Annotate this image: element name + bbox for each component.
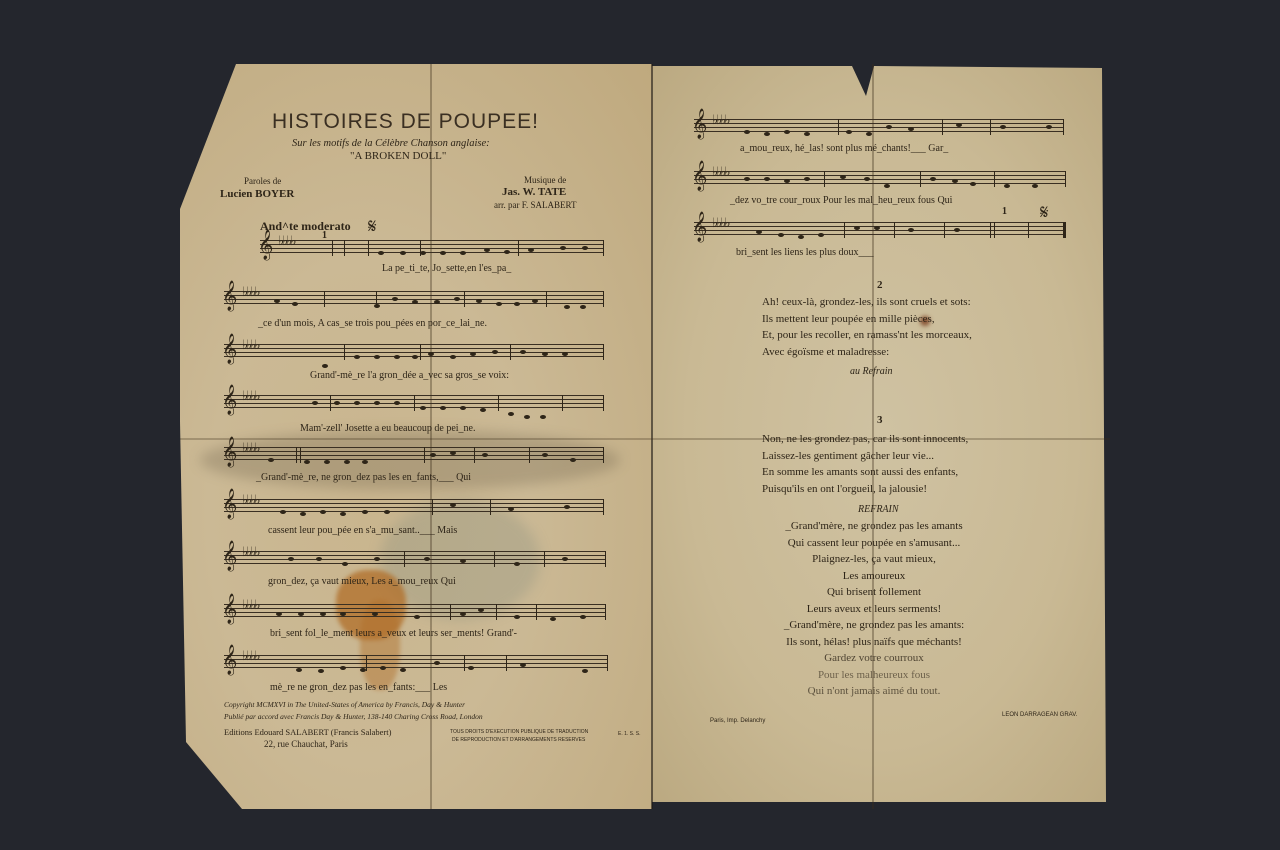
staff-12: 𝄞 ♭♭♭♭ [694,222,1066,238]
verse-number: 2 [877,279,883,291]
refrain-line: _Grand'mère, ne grondez pas les amants [752,518,996,535]
key-signature-flats-icon: ♭♭♭♭ [242,441,259,456]
composer-name: Jas. W. TATE [502,186,566,198]
song-subtitle: Sur les motifs de la Célèbre Chanson ang… [292,138,490,149]
staff-4: 𝄞 ♭♭♭♭ [224,395,604,411]
treble-clef-icon: 𝄞 [222,283,237,309]
staff-5: 𝄞 ♭♭♭♭ [224,447,604,463]
refrain-line: Ils sont, hélas! plus naïfs que méchants… [752,634,996,651]
printer-credit: Paris, Imp. Delanchy [710,718,765,724]
key-signature-flats-icon: ♭♭♭♭ [242,545,259,560]
staff-9: 𝄞 ♭♭♭♭ [224,655,608,671]
refrain-line: Qui cassent leur poupée en s'amusant... [752,535,996,552]
refrain-instruction: au Refrain [850,366,893,377]
lyric-line: gron_dez, ça vaut mieux, Les a_mou_reux … [268,576,456,587]
staff-10: 𝄞 ♭♭♭♭ [694,119,1064,135]
key-signature-flats-icon: ♭♭♭♭ [242,285,259,300]
staff-8: 𝄞 ♭♭♭♭ [224,604,606,620]
arranger-name: arr. par F. SALABERT [494,200,576,210]
treble-clef-icon: 𝄞 [222,543,237,569]
copyright-line: Publié par accord avec Francis Day & Hun… [224,712,483,721]
lyric-line: cassent leur pou_pée en s'a_mu_sant..___… [268,525,457,536]
refrain-line: Gardez votre courroux [752,650,996,667]
staff-11: 𝄞 ♭♭♭♭ [694,171,1066,187]
composer-label: Musique de [524,175,566,185]
lyric-line: bri_sent fol_le_ment leurs a_veux et leu… [270,628,517,639]
refrain-line: Qui n'ont jamais aimé du tout. [752,683,996,700]
center-fold [651,64,653,809]
lyric-line: _Grand'-mè_re, ne gron_dez pas les en_fa… [256,472,471,483]
treble-clef-icon: 𝄞 [222,387,237,413]
verse-line: Et, pour les recoller, en ramass'nt les … [762,327,972,344]
verse-2: Ah! ceux-là, grondez-les, ils sont cruel… [762,294,972,360]
key-signature-flats-icon: ♭♭♭♭ [712,165,729,180]
verse-line: Non, ne les grondez pas, car ils sont in… [762,431,968,448]
tempo-marking: And^te moderato [260,219,351,234]
staff-2: 𝄞 ♭♭♭♭ [224,291,604,307]
key-signature-flats-icon: ♭♭♭♭ [242,493,259,508]
key-signature-flats-icon: ♭♭♭♭ [242,649,259,664]
lyric-line: bri_sent les liens les plus doux___ [736,247,874,258]
treble-clef-icon: 𝄞 [258,232,273,258]
refrain-line: Pour les malheureux fous [752,667,996,684]
song-title: HISTOIRES DE POUPEE! [272,110,539,134]
lyric-line: mè_re ne gron_dez pas les en_fants:___ L… [270,682,447,693]
catalog-number: E. 1. S. S. [618,731,641,737]
verse-line: Puisqu'ils en ont l'orgueil, la jalousie… [762,481,968,498]
verse-3: Non, ne les grondez pas, car ils sont in… [762,431,968,497]
staff-7: 𝄞 ♭♭♭♭ [224,551,606,567]
rights-notice: TOUS DROITS D'EXECUTION PUBLIQUE DE TRAD… [450,729,588,735]
sheet-music-photo: HISTOIRES DE POUPEE! Sur les motifs de l… [0,0,1280,850]
treble-clef-icon: 𝄞 [222,439,237,465]
treble-clef-icon: 𝄞 [222,596,237,622]
lyric-line: _ce d'un mois, A cas_se trois pou_pées e… [258,318,487,329]
treble-clef-icon: 𝄞 [692,214,707,240]
lyricist-label: Paroles de [244,176,281,186]
refrain-line: Qui brisent follement [752,584,996,601]
key-signature-flats-icon: ♭♭♭♭ [712,113,729,128]
copyright-line: Copyright MCMXVI in The United-States of… [224,700,465,709]
refrain-line: _Grand'mère, ne grondez pas les amants: [752,617,996,634]
refrain-line: Plaignez-les, ça vaut mieux, [752,551,996,568]
verse-line: Ah! ceux-là, grondez-les, ils sont cruel… [762,294,972,311]
refrain-line: Leurs aveux et leurs serments! [752,601,996,618]
lyric-line: Mam'-zell' Josette a eu beaucoup de pei_… [300,423,475,434]
verse-number: 3 [877,414,883,426]
key-signature-flats-icon: ♭♭♭♭ [242,338,259,353]
publisher-name: Editions Edouard SALABERT (Francis Salab… [224,727,391,737]
fold-line-left [430,64,432,809]
verse-line: En somme les amants sont aussi des enfan… [762,464,968,481]
rights-notice: DE REPRODUCTION ET D'ARRANGEMENTS RESERV… [452,737,585,743]
engraver-credit: LEON DARRAGEAN GRAV. [1002,712,1077,718]
key-signature-flats-icon: ♭♭♭♭ [278,234,295,249]
ending-number-right: 1 [1002,206,1007,217]
treble-clef-icon: 𝄞 [222,336,237,362]
verse-line: Ils mettent leur poupée en mille pièces, [762,311,972,328]
refrain-line: Les amoureux [752,568,996,585]
lyricist-name: Lucien BOYER [220,188,294,200]
staff-3: 𝄞 ♭♭♭♭ [224,344,604,360]
lyric-line: Grand'-mè_re l'a gron_dée a_vec sa gros_… [310,370,509,381]
treble-clef-icon: 𝄞 [222,491,237,517]
segno-icon: 𝄋 [368,214,377,238]
publisher-address: 22, rue Chauchat, Paris [264,739,348,749]
lyric-line: a_mou_reux, hé_las! sont plus mé_chants!… [740,143,948,154]
verse-line: Avec égoïsme et maladresse: [762,344,972,361]
refrain-text: _Grand'mère, ne grondez pas les amants Q… [752,518,996,700]
staff-6: 𝄞 ♭♭♭♭ [224,499,604,515]
lyric-line: La pe_ti_te, Jo_sette,en l'es_pa_ [382,263,511,274]
fold-line-horizontal [180,438,1110,440]
key-signature-flats-icon: ♭♭♭♭ [712,216,729,231]
treble-clef-icon: 𝄞 [692,111,707,137]
key-signature-flats-icon: ♭♭♭♭ [242,389,259,404]
treble-clef-icon: 𝄞 [222,647,237,673]
key-signature-flats-icon: ♭♭♭♭ [242,598,259,613]
segno-icon: 𝄋 [1040,200,1049,224]
staff-1: 𝄞 ♭♭♭♭ [260,240,604,256]
verse-line: Laissez-les gentiment gâcher leur vie... [762,448,968,465]
original-song-title: "A BROKEN DOLL" [350,150,446,162]
refrain-heading: REFRAIN [858,504,899,515]
treble-clef-icon: 𝄞 [692,163,707,189]
lyric-line: _dez vo_tre cour_roux Pour les mal_heu_r… [730,195,952,206]
